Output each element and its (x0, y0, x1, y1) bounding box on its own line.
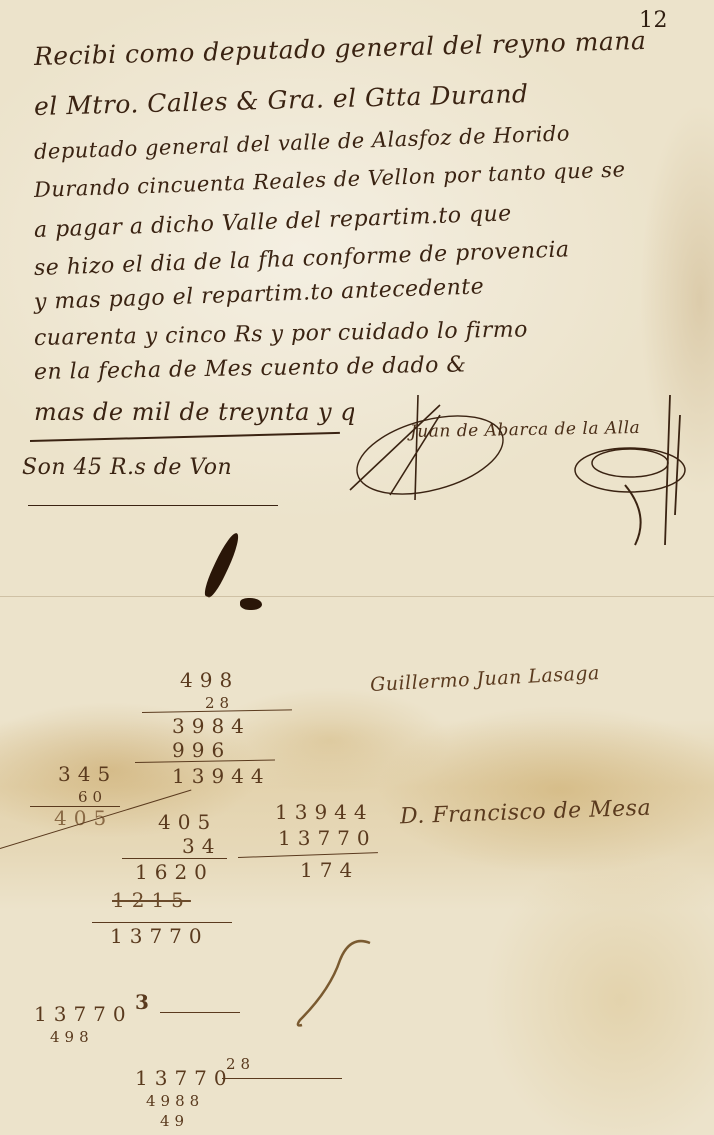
body-line-2: el Mtro. Calles & Gra. el Gtta Durand (34, 79, 529, 121)
calc-rule (142, 709, 292, 713)
flourish-s-icon (290, 935, 380, 1030)
body-line-1: Recibi como deputado general del reyno m… (34, 26, 647, 71)
calc-a-1: 498 (180, 668, 239, 692)
calc-c-1: 405 (158, 810, 217, 834)
calc-e-5: 13770 (135, 1066, 234, 1090)
calc-d-1: 13944 (275, 800, 374, 824)
calc-d-2: 13770 (278, 826, 377, 850)
body-line-7: y mas pago el repartim.to antecedente (34, 274, 485, 315)
text-underline (30, 432, 340, 442)
body-line-8: cuarenta y cinco Rs y por cuidado lo fir… (34, 317, 528, 351)
calc-a-2: 28 (205, 694, 234, 712)
body-line-9: en la fecha de Mes cuento de dado & (34, 352, 467, 385)
signature-flourish-icon (330, 395, 710, 550)
calc-rule (160, 1012, 240, 1013)
calc-rule (222, 1078, 342, 1079)
calc-e-1: 13770 (34, 1002, 133, 1026)
signature-2: Guillermo Juan Lasaga (370, 662, 601, 696)
calc-b-1: 345 (58, 762, 117, 786)
calc-d-3: 174 (300, 858, 359, 882)
calc-c-2: 34 (182, 834, 221, 858)
calc-c-4: 1215 (112, 888, 191, 912)
calc-b-2: 60 (78, 788, 107, 806)
body-line-5: a pagar a dicho Valle del repartim.to qu… (34, 201, 513, 243)
calc-a-4: 996 (172, 738, 231, 762)
calc-c-5: 13770 (110, 924, 209, 948)
manuscript-page: 12 Recibi como deputado general del reyn… (0, 0, 714, 1135)
paper-fold (0, 596, 714, 597)
body-line-10: mas de mil de treynta y quatro ... (34, 398, 354, 426)
body-line-6: se hizo el dia de la fha conforme de pro… (34, 237, 570, 281)
calc-a-3: 3984 (172, 714, 251, 738)
calc-e-6: 4988 (146, 1092, 204, 1110)
calc-e-2: 498 (50, 1028, 94, 1046)
sum-underline (28, 505, 278, 506)
calc-b-3: 405 (54, 806, 113, 830)
calc-e-7: 49 (160, 1112, 189, 1130)
calc-rule (122, 858, 227, 859)
body-line-3: deputado general del valle de Alasfoz de… (34, 121, 571, 164)
ink-blot (240, 598, 262, 610)
calc-c-3: 1620 (135, 860, 214, 884)
calc-a-5: 13944 (172, 764, 271, 788)
body-line-4: Durando cincuenta Reales de Vellon por t… (34, 157, 626, 202)
calc-e-3: 3 (135, 990, 156, 1014)
calc-rule (92, 922, 232, 923)
sum-note: Son 45 R.s de Von (22, 455, 232, 480)
ink-blot (201, 530, 243, 599)
